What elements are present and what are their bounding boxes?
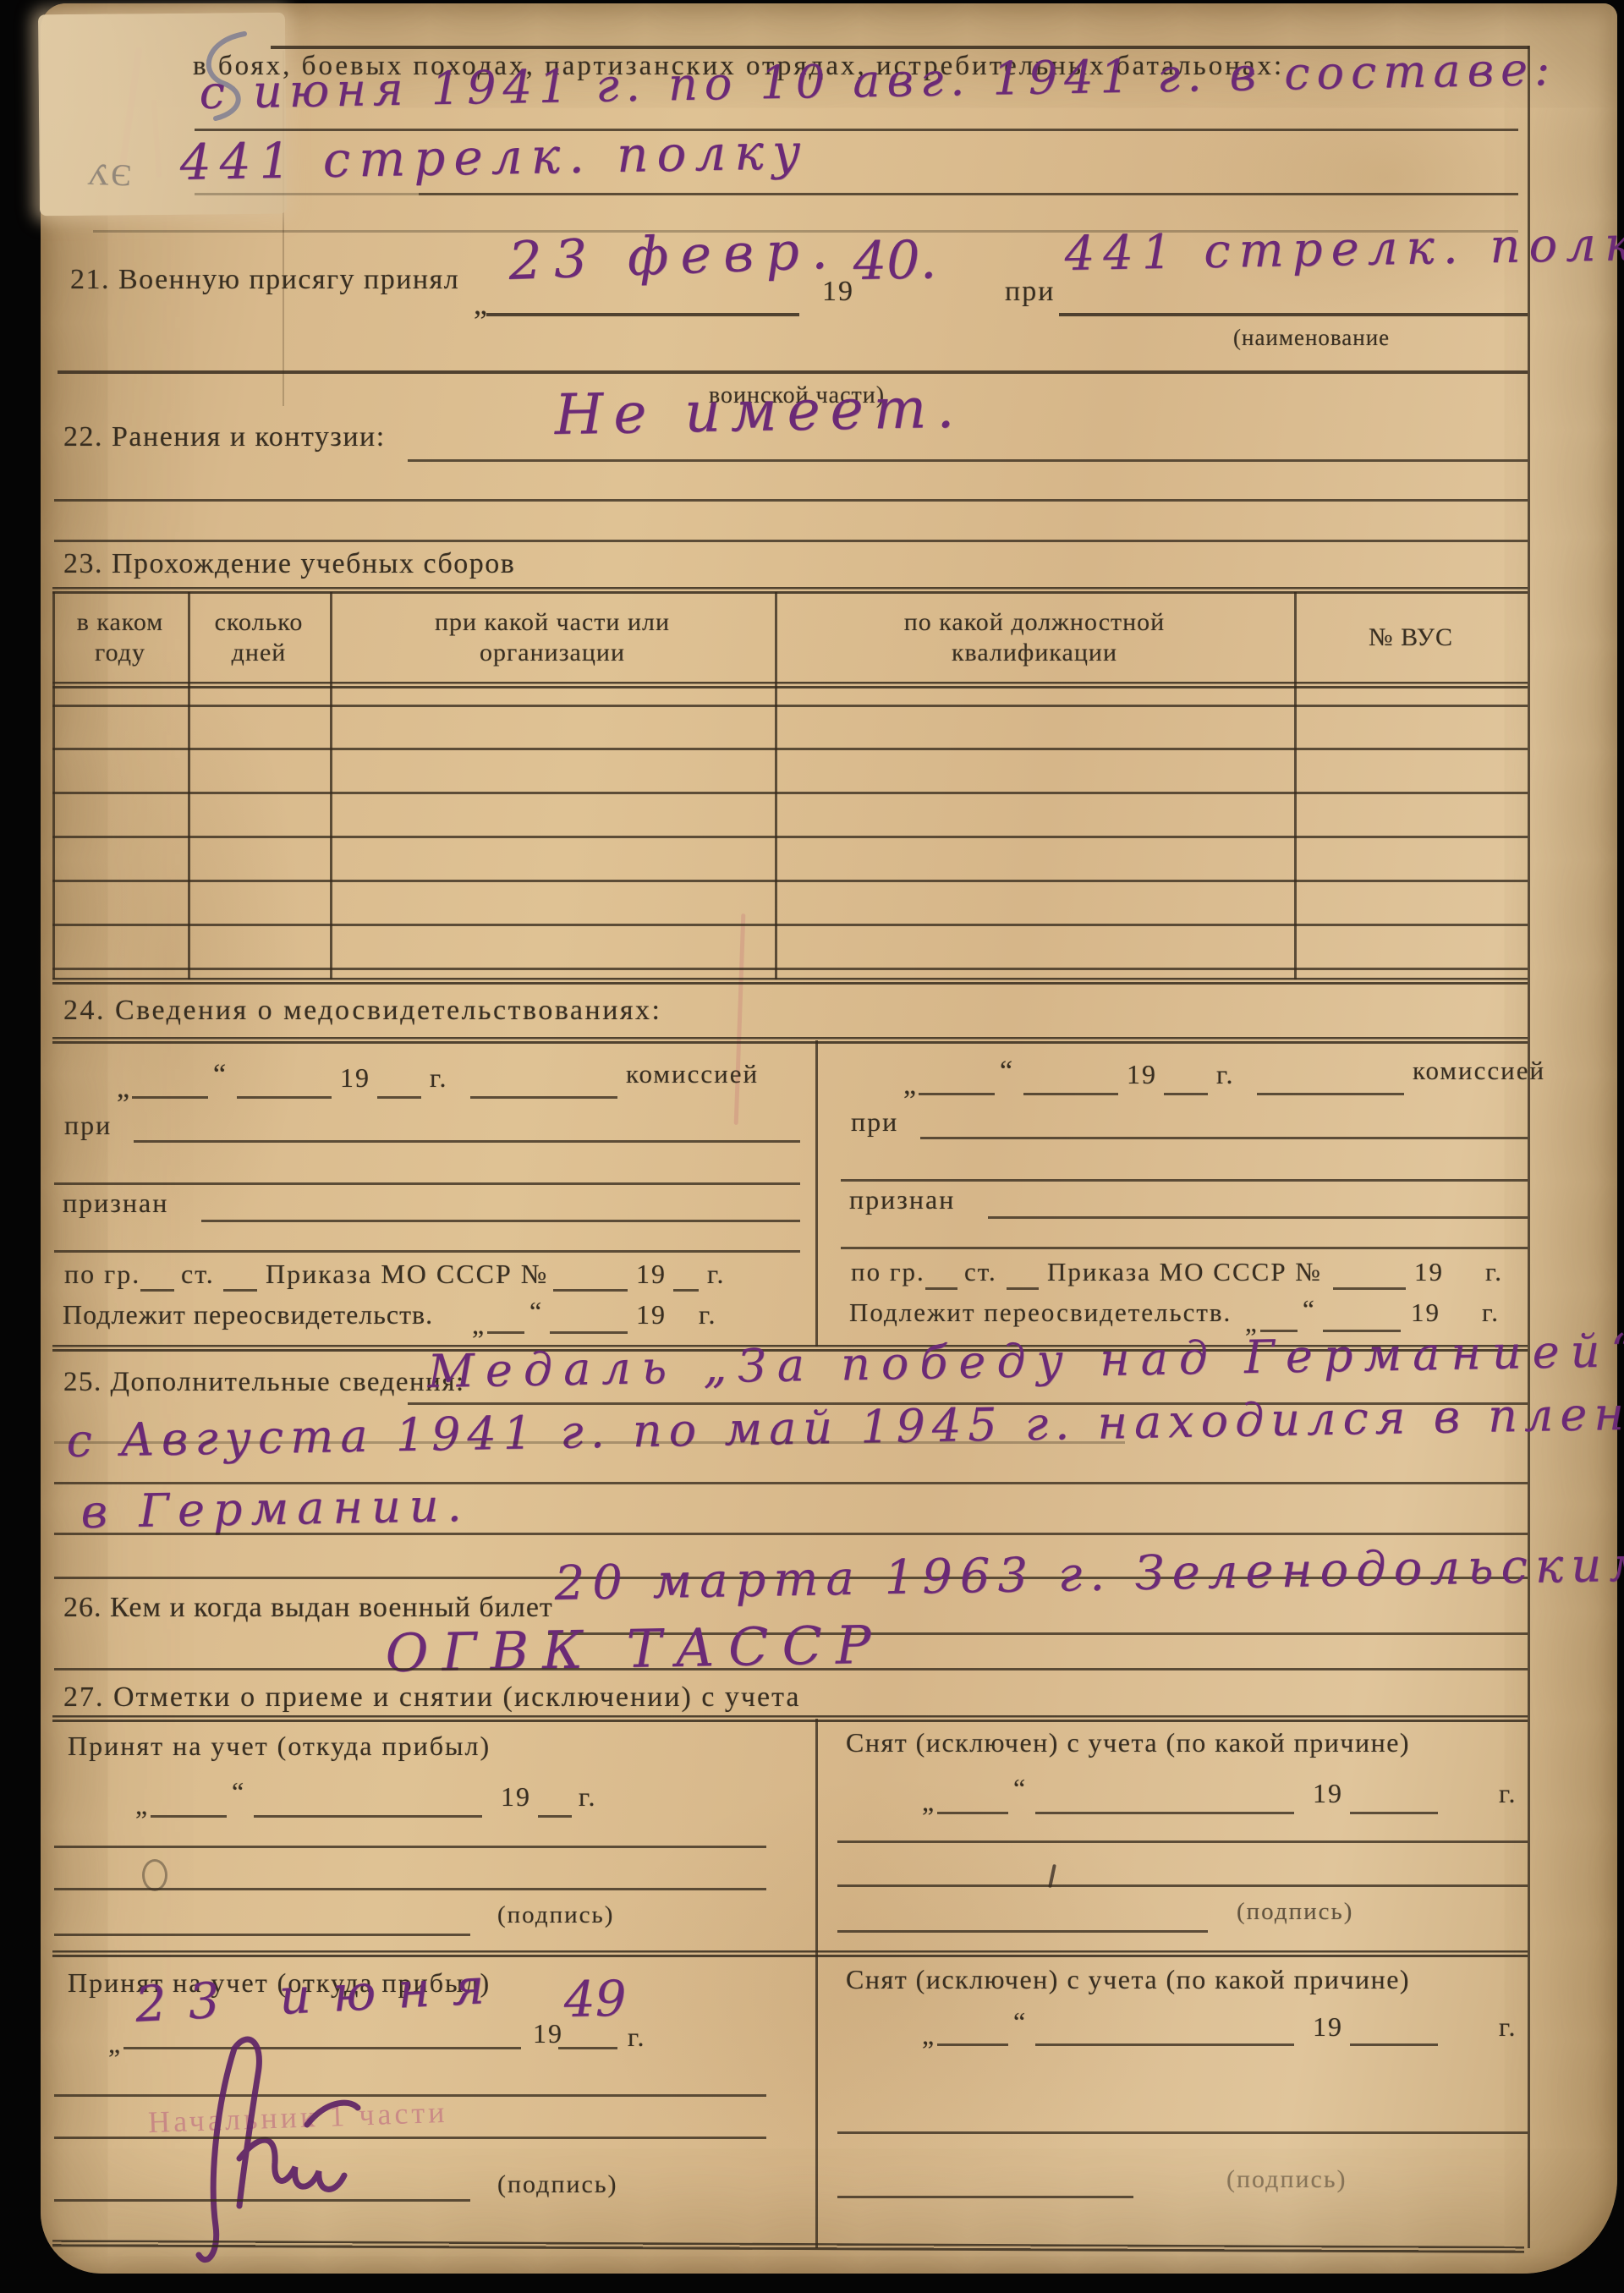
blank-line (54, 1934, 470, 1936)
registration-column-divider (815, 1719, 818, 2248)
blank-line (538, 1815, 572, 1818)
signature (182, 2021, 385, 2275)
item27-accept-year-handwriting: 49 (563, 1970, 627, 2028)
printed-19: 19 (501, 1781, 531, 1813)
blank-line (837, 1930, 1208, 1933)
blank-line (54, 1846, 766, 1848)
quote-mark: „ (135, 1790, 149, 1821)
printed-g: г. (579, 1781, 597, 1813)
item27-label: 27. Отметки о приеме и снятии (исключени… (63, 1681, 801, 1714)
blank-line (837, 1884, 1528, 1887)
quote-mark: “ (1013, 2006, 1027, 2038)
printed-19: 19 (1313, 2011, 1343, 2043)
blank-line (54, 1888, 766, 1890)
blank-line (1350, 2043, 1438, 2046)
printed-19: 19 (1313, 1778, 1343, 1809)
printed-19: 19 (533, 2018, 563, 2049)
blank-line (1035, 1812, 1294, 1814)
quote-mark: „ (922, 1786, 935, 1818)
signature-caption: (подпись) (1226, 2165, 1347, 2194)
blank-line (54, 2199, 470, 2202)
blank-line (1350, 1812, 1438, 1814)
blank-line (558, 2047, 617, 2049)
blank-line (937, 2043, 1008, 2046)
signature-caption: (подпись) (497, 1901, 614, 1929)
scanned-military-id-page: ЭУ в боях, боевых походах, партизанских … (0, 0, 1624, 2293)
item27-removed-header: Снят (исключен) с учета (по какой причин… (846, 1727, 1410, 1758)
signature-caption: (подпись) (497, 2170, 618, 2199)
quote-mark: “ (232, 1776, 245, 1808)
blank-line (1035, 2043, 1294, 2046)
quote-mark: “ (1013, 1773, 1027, 1804)
blank-line (837, 2131, 1528, 2134)
signature-caption: (подпись) (1237, 1898, 1353, 1926)
blank-line (937, 1812, 1008, 1814)
printed-g: г. (1499, 2011, 1517, 2043)
quote-mark: „ (922, 2020, 935, 2051)
blank-line (837, 1840, 1528, 1843)
printed-g: г. (1499, 1778, 1517, 1809)
grid-rule (52, 1950, 1528, 1957)
ink-mark (142, 1859, 167, 1891)
printed-g: г. (628, 2021, 646, 2053)
blank-line (54, 2137, 766, 2139)
quote-mark: „ (108, 2028, 122, 2060)
blank-line (254, 1815, 482, 1818)
blank-line (837, 2196, 1133, 2198)
item27-accepted-header: Принят на учет (откуда прибыл) (68, 1731, 491, 1762)
section-rule (52, 1715, 1528, 1722)
blank-line (151, 1815, 227, 1818)
section-item27-registration: 27. Отметки о приеме и снятии (исключени… (0, 0, 1624, 2293)
item27-removed-header: Снят (исключен) с учета (по какой причин… (846, 1964, 1410, 1995)
